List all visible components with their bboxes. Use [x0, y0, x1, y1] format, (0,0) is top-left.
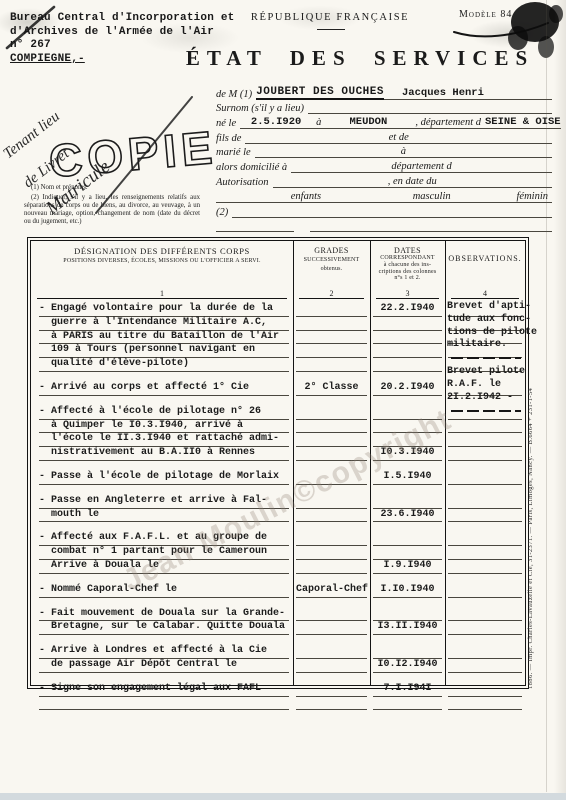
ruled-line: à PARIS au titre du Bataillon de l'Air	[39, 331, 289, 345]
ruled-line: à Quimper le I0.3.I940, arrivé à	[39, 420, 289, 434]
ruled-line	[448, 659, 522, 673]
observation-cell	[445, 608, 525, 636]
form-line-name: de M (1) JOUBERT DES OUCHESJacques Henri	[216, 85, 552, 100]
observation-cell	[445, 683, 525, 711]
form-line-marriage: marié le à	[216, 143, 552, 158]
ruled-line	[373, 495, 442, 509]
svg-text:COPIE: COPIE	[47, 121, 219, 187]
ruled-line	[448, 495, 522, 509]
ruled-line	[448, 420, 522, 434]
observations-block: Brevet d'apti-tude aux fonc-tions de pil…	[447, 301, 525, 419]
ruled-line	[296, 697, 367, 711]
ruled-line: 20.2.I940	[373, 382, 442, 396]
field-label: né le	[216, 118, 240, 129]
page-bottom-edge	[0, 793, 566, 800]
field-label: à	[312, 117, 325, 128]
observation-cell	[445, 495, 525, 523]
ruled-line	[296, 608, 367, 622]
observation-cell	[445, 584, 525, 598]
ruled-line	[296, 344, 367, 358]
ruled-line	[296, 433, 367, 447]
firstnames-value: Jacques Henri	[402, 87, 484, 99]
designation-cell: - Nommé Caporal-Chef le	[31, 584, 293, 598]
grade-cell: 2° Classe	[293, 382, 370, 396]
date-cell: I3.II.I940	[370, 608, 445, 636]
ruled-line	[296, 447, 367, 461]
ruled-line: nistrativement au B.A.II0 à Rennes	[39, 447, 289, 461]
ruled-line	[296, 303, 367, 317]
ruled-line	[448, 621, 522, 635]
ruled-line	[296, 495, 367, 509]
grade-cell	[293, 471, 370, 485]
ruled-line: qualité d'élève-pilote)	[39, 358, 289, 372]
table-row: - Fait mouvement de Douala sur la Grande…	[31, 608, 525, 636]
observation-divider	[451, 357, 521, 359]
designation-cell: - Passe en Angleterre et arrive à Fal-mo…	[31, 495, 293, 523]
ruled-line: I0.3.I940	[373, 447, 442, 461]
ruled-line	[448, 471, 522, 485]
designation-cell: - Engagé volontaire pour la durée de lag…	[31, 303, 293, 372]
form-line-children: enfantsmasculinféminin	[216, 188, 552, 203]
ruled-line	[373, 344, 442, 358]
date-cell: 20.2.I940	[370, 382, 445, 396]
grade-cell	[293, 532, 370, 573]
table-row: - Signe son engagement légal aux FAFL7.I…	[31, 683, 525, 711]
ruled-line: - Passe à l'école de pilotage de Morlaix	[39, 471, 289, 485]
ruled-line: Arrive à Douala le	[39, 560, 289, 574]
ruled-line: I.9.I940	[373, 560, 442, 574]
document-title: ÉTAT DES SERVICES	[170, 46, 550, 71]
ruled-line: 2° Classe	[296, 382, 367, 396]
ruled-line: I3.II.I940	[373, 621, 442, 635]
observation-text-2: Brevet piloteR.A.F. le2I.2.I942 -	[447, 366, 525, 404]
field-label: Surnom (s'il y a lieu)	[216, 103, 308, 114]
ruled-line	[296, 420, 367, 434]
ruled-line	[296, 621, 367, 635]
ruled-line	[296, 406, 367, 420]
copie-stamp: COPIE	[45, 112, 220, 194]
observation-line: 2I.2.I942 -	[447, 392, 525, 405]
designation-cell: - Signe son engagement légal aux FAFL	[31, 683, 293, 711]
ruled-line: mouth le	[39, 509, 289, 523]
form-line-birth: né le 2.5.I920àMEUDON, département dSEIN…	[216, 114, 552, 129]
header-dates: DATES CORRESPONDANT à chacune des ins- c…	[370, 241, 445, 299]
ruled-line	[373, 358, 442, 372]
ruled-line: - Passe en Angleterre et arrive à Fal-	[39, 495, 289, 509]
ruled-line	[448, 697, 522, 711]
republique-heading: RÉPUBLIQUE FRANÇAISE	[250, 12, 410, 23]
ruled-line	[448, 447, 522, 461]
ruled-line: 22.2.I940	[373, 303, 442, 317]
observation-divider	[451, 410, 521, 412]
grade-cell: Caporal-Chef	[293, 584, 370, 598]
ruled-line	[296, 546, 367, 560]
ruled-line: I.5.I940	[373, 471, 442, 485]
ruled-line: I.I0.I940	[373, 584, 442, 598]
field-label: et de	[385, 132, 413, 143]
birth-place-value: MEUDON	[325, 116, 411, 128]
date-cell: 22.2.I940	[370, 303, 445, 372]
name-value: JOUBERT DES OUCHES	[256, 86, 384, 100]
designation-cell: - Affecté aux F.A.F.L. et au groupe deco…	[31, 532, 293, 573]
footnote-1: (1) Nom et prénoms.	[24, 184, 200, 192]
observation-cell	[445, 471, 525, 485]
field-label: département d	[387, 161, 455, 172]
heading-rule	[317, 29, 345, 30]
form-line-parents: fils de et de	[216, 129, 552, 144]
observation-line: R.A.F. le	[447, 379, 525, 392]
designation-cell: - Passe à l'école de pilotage de Morlaix	[31, 471, 293, 485]
ruled-line	[373, 433, 442, 447]
date-cell: 7.I.I94I	[370, 683, 445, 711]
paper-fold-line	[546, 0, 547, 792]
ruled-line	[373, 546, 442, 560]
table-header: DÉSIGNATION DES DIFFÉRENTS CORPS POSITIO…	[31, 241, 525, 299]
table-row: - Passe en Angleterre et arrive à Fal-mo…	[31, 495, 525, 523]
ruled-line: Caporal-Chef	[296, 584, 367, 598]
table-row: - Nommé Caporal-Chef leCaporal-ChefI.I0.…	[31, 584, 525, 598]
ruled-line: - Arrive à Londres et affecté à la Cie	[39, 645, 289, 659]
ruled-line	[373, 420, 442, 434]
date-cell: I0.3.I940	[370, 406, 445, 461]
ruled-line	[373, 697, 442, 711]
table-row: - Arrive à Londres et affecté à la Ciede…	[31, 645, 525, 673]
field-label: , département d	[411, 117, 485, 128]
ruled-line: l'école le II.3.I940 et rattaché admi-	[39, 433, 289, 447]
ruled-line: 7.I.I94I	[373, 683, 442, 697]
ruled-line	[296, 532, 367, 546]
ruled-line	[296, 509, 367, 523]
observation-text-1: Brevet d'apti-tude aux fonc-tions de pil…	[447, 301, 525, 352]
ruled-line: 109 à Tours (personnel navigant en	[39, 344, 289, 358]
ruled-line	[373, 645, 442, 659]
ruled-line	[448, 584, 522, 598]
ruled-line	[373, 608, 442, 622]
form-line-autorisation: Autorisation , en date du	[216, 173, 552, 188]
ruled-line: Bretagne, sur le Calabar. Quitte Douala	[39, 621, 289, 635]
ruled-line	[296, 659, 367, 673]
ruled-line	[296, 358, 367, 372]
ruled-line	[296, 331, 367, 345]
header-grades: GRADES SUCCESSIVEMENT obtenus. 2	[293, 241, 370, 299]
ruled-line	[448, 532, 522, 546]
ruled-line	[448, 560, 522, 574]
designation-cell: - Arrive à Londres et affecté à la Ciede…	[31, 645, 293, 673]
field-label: alors domicilié à	[216, 162, 291, 173]
form-line-note2: (2)	[216, 203, 552, 218]
ruled-line: - Signe son engagement légal aux FAFL	[39, 683, 289, 697]
ruled-line: - Engagé volontaire pour la durée de la	[39, 303, 289, 317]
form-line-domicile: alors domicilié à département d	[216, 158, 552, 173]
footnotes: (1) Nom et prénoms. (2) Indiquer, s'il y…	[24, 184, 200, 228]
ruled-line	[296, 560, 367, 574]
ruled-line: combat n° 1 partant pour le Cameroun	[39, 546, 289, 560]
grade-cell	[293, 608, 370, 636]
ruled-line: I0.I2.I940	[373, 659, 442, 673]
ruled-line: - Fait mouvement de Douala sur la Grande…	[39, 608, 289, 622]
field-label: masculin	[409, 191, 455, 202]
observation-line: Brevet d'apti-	[447, 301, 525, 314]
observation-line: tions de pilote	[447, 327, 525, 340]
observation-line: tude aux fonc-	[447, 314, 525, 327]
table-row: - Affecté aux F.A.F.L. et au groupe deco…	[31, 532, 525, 573]
field-label: marié le	[216, 147, 255, 158]
table-row: - Passe à l'école de pilotage de Morlaix…	[31, 471, 525, 485]
ruled-line	[373, 406, 442, 420]
ruled-line	[448, 509, 522, 523]
grade-cell	[293, 645, 370, 673]
date-cell: I.5.I940	[370, 471, 445, 485]
observation-line: militaire.	[447, 339, 525, 352]
date-cell: I0.I2.I940	[370, 645, 445, 673]
ruled-line	[373, 317, 442, 331]
ruled-line: - Affecté à l'école de pilotage n° 26	[39, 406, 289, 420]
field-label: , en date du	[384, 176, 441, 187]
ruled-line	[373, 331, 442, 345]
ruled-line	[448, 645, 522, 659]
ruled-line	[448, 433, 522, 447]
ruled-line: - Nommé Caporal-Chef le	[39, 584, 289, 598]
grade-cell	[293, 683, 370, 711]
header-observations: OBSERVATIONS. 4	[445, 241, 525, 299]
ruled-line: guerre à l'Intendance Militaire A.C,	[39, 317, 289, 331]
ruled-line: 23.6.I940	[373, 509, 442, 523]
designation-cell: - Affecté à l'école de pilotage n° 26à Q…	[31, 406, 293, 461]
designation-cell: - Arrivé au corps et affecté 1° Cie	[31, 382, 293, 396]
designation-cell: - Fait mouvement de Douala sur la Grande…	[31, 608, 293, 636]
observation-cell	[445, 645, 525, 673]
field-label: Autorisation	[216, 177, 273, 188]
date-cell: I.9.I940	[370, 532, 445, 573]
footnote-2: (2) Indiquer, s'il y a lieu, les renseig…	[24, 194, 200, 226]
ruled-line: - Arrivé au corps et affecté 1° Cie	[39, 382, 289, 396]
field-label: à	[397, 146, 410, 157]
ruled-line	[296, 645, 367, 659]
form-line-surnom: Surnom (s'il y a lieu)	[216, 99, 552, 114]
observation-line: Brevet pilote	[447, 366, 525, 379]
ruled-line	[448, 546, 522, 560]
date-cell: I.I0.I940	[370, 584, 445, 598]
ruled-line	[373, 532, 442, 546]
ruled-line	[39, 697, 289, 711]
ruled-line: de passage Air Dépôt Central le	[39, 659, 289, 673]
date-cell: 23.6.I940	[370, 495, 445, 523]
ruled-line	[296, 683, 367, 697]
scanned-document-page: Bureau Central d'Incorporation et d'Arch…	[0, 0, 566, 800]
header-designation: DÉSIGNATION DES DIFFÉRENTS CORPS POSITIO…	[31, 241, 293, 299]
pen-stroke-icon	[2, 2, 62, 52]
grade-cell	[293, 303, 370, 372]
grade-cell	[293, 495, 370, 523]
birth-departement-value: SEINE & OISE	[485, 116, 561, 128]
ruled-line	[296, 471, 367, 485]
birth-date-value: 2.5.I920	[240, 116, 312, 128]
form-line-extra	[216, 217, 552, 232]
printer-imprint: 1886. — Impr. Charles-Lavauzelle et Cie,…	[527, 243, 534, 689]
grade-cell	[293, 406, 370, 461]
page-edge-shade	[554, 0, 566, 800]
field-label: enfants	[287, 191, 325, 202]
ruled-line	[448, 608, 522, 622]
ruled-line: - Affecté aux F.A.F.L. et au groupe de	[39, 532, 289, 546]
observation-cell	[445, 532, 525, 573]
ruled-line	[296, 317, 367, 331]
ruled-line	[448, 683, 522, 697]
